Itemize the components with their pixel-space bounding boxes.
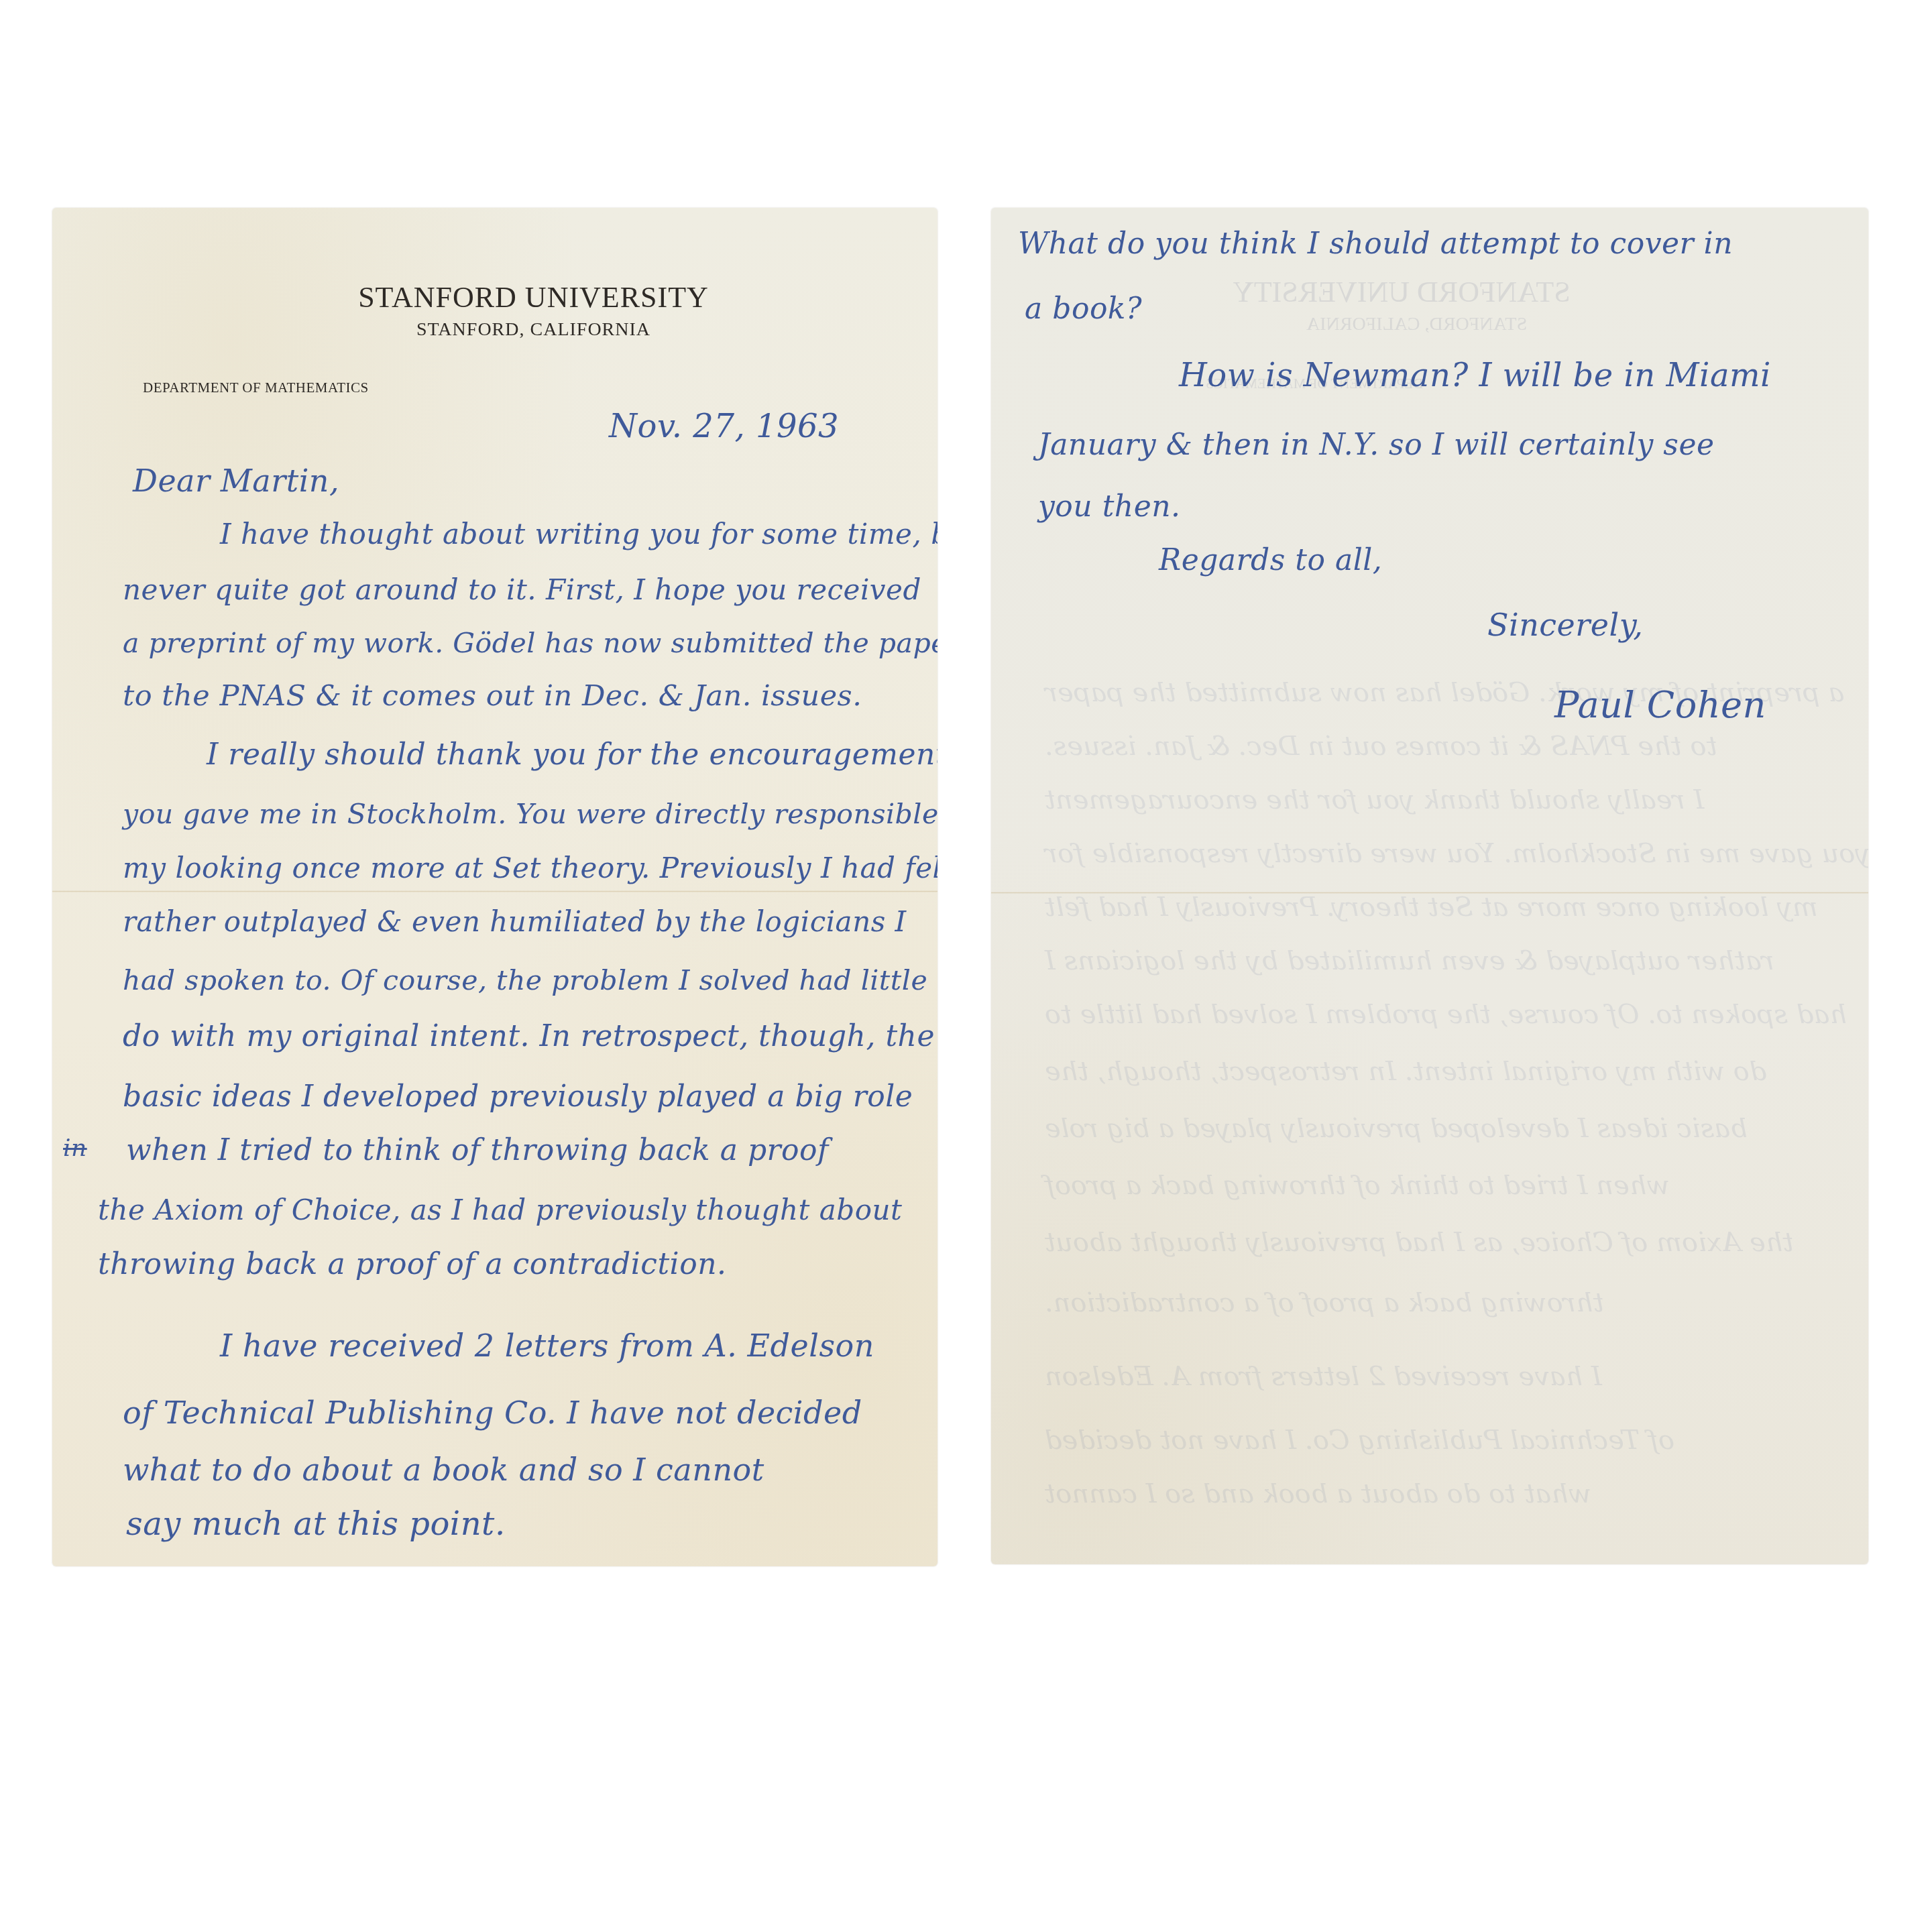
letter-line: basic ideas I developed previously playe… [123,1079,913,1114]
letterhead-institution: STANFORD UNIVERSITY [52,280,937,314]
letter-line: say much at this point. [126,1505,506,1543]
show-through-line: the Axiom of Choice, as I had previously… [1045,1227,1794,1258]
show-through-line: basic ideas I developed previously playe… [1045,1113,1748,1144]
letter-line: you gave me in Stockholm. You were direc… [123,798,937,830]
letter-line: never quite got around to it. First, I h… [123,573,921,606]
letter-page-2: STANFORD UNIVERSITY STANFORD, CALIFORNIA… [991,208,1868,1564]
letter-line: throwing back a proof of a contradiction… [98,1247,726,1281]
show-through-line: you gave me in Stockholm. You were direc… [1045,838,1868,869]
show-through-line: I have received 2 letters from A. Edelso… [1045,1361,1602,1392]
signature: Paul Cohen [1554,684,1766,726]
show-through-line: when I tried to think of throwing back a… [1045,1170,1670,1201]
letter-line: What do you think I should attempt to co… [1018,227,1733,261]
letter-line: the Axiom of Choice, as I had previously… [98,1193,902,1226]
letter-line: How is Newman? I will be in Miami [1179,357,1771,394]
letterhead-location: STANFORD, CALIFORNIA [52,319,937,341]
show-through-institution: STANFORD UNIVERSITY [1233,275,1571,309]
letterhead-department: DEPARTMENT OF MATHEMATICS [143,379,369,396]
letter-date: Nov. 27, 1963 [609,408,839,445]
letter-line: of Technical Publishing Co. I have not d… [123,1395,862,1431]
letter-line: I have thought about writing you for som… [220,518,937,550]
show-through-line: rather outplayed & even humiliated by th… [1045,945,1774,976]
show-through-line: do with my original intent. In retrospec… [1045,1056,1766,1087]
letter-line: Regards to all, [1159,543,1382,577]
letter-line: a book? [1025,292,1142,326]
letter-line: to the PNAS & it comes out in Dec. & Jan… [123,679,862,713]
show-through-line: what to do about a book and so I cannot [1045,1478,1591,1509]
struck-word: in [63,1134,87,1162]
show-through-line: had spoken to. Of course, the problem I … [1045,999,1847,1030]
letter-page-1: STANFORD UNIVERSITY STANFORD, CALIFORNIA… [52,208,937,1566]
letter-line: my looking once more at Set theory. Prev… [123,852,937,884]
letter-line: January & then in N.Y. so I will certain… [1038,428,1715,462]
letter-line: what to do about a book and so I cannot [123,1452,764,1488]
letter-line: I have received 2 letters from A. Edelso… [220,1328,874,1364]
show-through-line: of Technical Publishing Co. I have not d… [1045,1425,1674,1456]
show-through-location: STANFORD, CALIFORNIA [1306,314,1527,335]
letter-line: do with my original intent. In retrospec… [123,1019,935,1053]
show-through-line: throwing back a proof of a contradiction… [1045,1287,1604,1318]
show-through-line: my looking once more at Set theory. Prev… [1045,892,1818,923]
letter-line: I really should thank you for the encour… [207,738,937,772]
fold-crease [52,890,937,892]
show-through-line: to the PNAS & it comes out in Dec. & Jan… [1045,731,1717,762]
letter-line: rather outplayed & even humiliated by th… [123,905,907,938]
letter-line: a preprint of my work. Gödel has now sub… [123,627,937,659]
letter-line: had spoken to. Of course, the problem I … [123,964,937,996]
closing: Sincerely, [1487,607,1643,643]
show-through-line: I really should thank you for the encour… [1045,784,1704,815]
salutation: Dear Martin, [133,463,339,499]
letter-line: you then. [1038,489,1181,524]
letter-line: when I tried to think of throwing back a… [126,1133,829,1167]
